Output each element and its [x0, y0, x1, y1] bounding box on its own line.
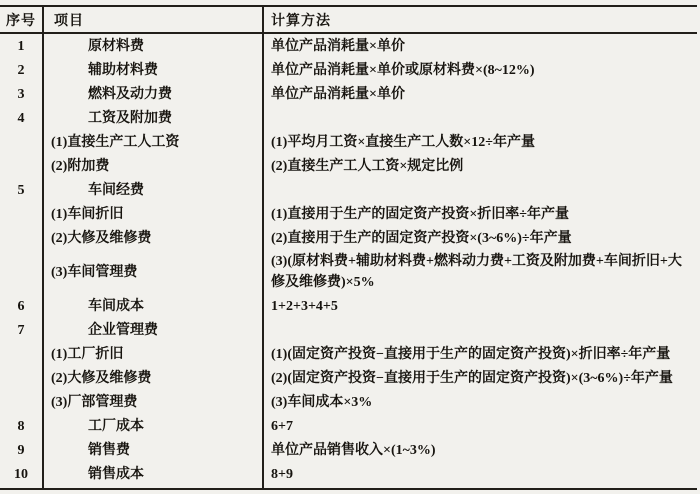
table-body: 1 原材料费 单位产品消耗量×单价 2 辅助材料费 单位产品消耗量×单价或原材料…: [0, 34, 697, 488]
row-method-formula: (1)平均月工资×直接生产工人数×12÷年产量: [262, 132, 697, 153]
row-item-label: 车间成本: [42, 296, 262, 317]
table-row: (2)大修及维修费 (2)直接用于生产的固定资产投资×(3~6%)÷年产量: [0, 228, 697, 249]
table-row: (2)大修及维修费 (2)(固定资产投资−直接用于生产的固定资产投资)×(3~6…: [0, 368, 697, 389]
table-row: 7 企业管理费: [0, 320, 697, 341]
row-item-label: (1)车间折旧: [42, 204, 262, 225]
row-item-label: 燃料及动力费: [42, 84, 262, 105]
row-index: 4: [0, 108, 42, 129]
row-item-label: (1)工厂折旧: [42, 344, 262, 365]
row-item-label: 销售费: [42, 440, 262, 461]
row-item-label: 企业管理费: [42, 320, 262, 341]
row-method-formula: (3)(原材料费+辅助材料费+燃料动力费+工资及附加费+车间折旧+大修及维修费)…: [262, 251, 697, 293]
row-item-label: (2)附加费: [42, 156, 262, 177]
row-method-formula: 6+7: [262, 416, 697, 437]
row-item-label: 原材料费: [42, 36, 262, 57]
row-index: 7: [0, 320, 42, 341]
table-header-row: 序号 项目 计算方法: [0, 7, 697, 34]
row-index: 3: [0, 84, 42, 105]
row-item-label: (3)厂部管理费: [42, 392, 262, 413]
row-index: 6: [0, 296, 42, 317]
table-row: (2)附加费 (2)直接生产工人工资×规定比例: [0, 156, 697, 177]
row-index: 10: [0, 464, 42, 485]
row-item-label: 辅助材料费: [42, 60, 262, 81]
table-row: (3)厂部管理费 (3)车间成本×3%: [0, 392, 697, 413]
table-row: 4 工资及附加费: [0, 108, 697, 129]
column-divider-item-method: [262, 7, 264, 488]
row-method-formula: (2)直接用于生产的固定资产投资×(3~6%)÷年产量: [262, 228, 697, 249]
table-row: (1)车间折旧 (1)直接用于生产的固定资产投资×折旧率÷年产量: [0, 204, 697, 225]
row-method-formula: 单位产品消耗量×单价: [262, 84, 697, 105]
header-item: 项目: [42, 10, 262, 30]
table-row: 8 工厂成本 6+7: [0, 416, 697, 437]
table-row: 10 销售成本 8+9: [0, 464, 697, 485]
row-method-formula: 8+9: [262, 464, 697, 485]
row-method-formula: (2)直接生产工人工资×规定比例: [262, 156, 697, 177]
row-method-formula: 单位产品销售收入×(1~3%): [262, 440, 697, 461]
column-divider-index-item: [42, 7, 44, 488]
row-index: 8: [0, 416, 42, 437]
row-item-label: (1)直接生产工人工资: [42, 132, 262, 153]
table-row: (1)工厂折旧 (1)(固定资产投资−直接用于生产的固定资产投资)×折旧率÷年产…: [0, 344, 697, 365]
row-item-label: (2)大修及维修费: [42, 368, 262, 389]
header-method: 计算方法: [262, 10, 697, 30]
row-method-formula: 单位产品消耗量×单价或原材料费×(8~12%): [262, 60, 697, 81]
table-row: 2 辅助材料费 单位产品消耗量×单价或原材料费×(8~12%): [0, 60, 697, 81]
table-row: 6 车间成本 1+2+3+4+5: [0, 296, 697, 317]
table-row: 5 车间经费: [0, 180, 697, 201]
row-item-label: (3)车间管理费: [42, 262, 262, 283]
row-method-formula: (1)(固定资产投资−直接用于生产的固定资产投资)×折旧率÷年产量: [262, 344, 697, 365]
row-index: 9: [0, 440, 42, 461]
row-index: 1: [0, 36, 42, 57]
table-row: 1 原材料费 单位产品消耗量×单价: [0, 36, 697, 57]
row-item-label: (2)大修及维修费: [42, 228, 262, 249]
table-row: (3)车间管理费 (3)(原材料费+辅助材料费+燃料动力费+工资及附加费+车间折…: [0, 251, 697, 293]
row-item-label: 工厂成本: [42, 416, 262, 437]
table-row: 3 燃料及动力费 单位产品消耗量×单价: [0, 84, 697, 105]
row-method-formula: 单位产品消耗量×单价: [262, 36, 697, 57]
row-index: 5: [0, 180, 42, 201]
row-method-formula: 1+2+3+4+5: [262, 296, 697, 317]
table-row: 9 销售费 单位产品销售收入×(1~3%): [0, 440, 697, 461]
header-index: 序号: [0, 10, 42, 30]
cost-calculation-table: 序号 项目 计算方法 1 原材料费 单位产品消耗量×单价 2 辅助材料费 单位产…: [0, 5, 697, 490]
row-item-label: 车间经费: [42, 180, 262, 201]
row-method-formula: (1)直接用于生产的固定资产投资×折旧率÷年产量: [262, 204, 697, 225]
row-item-label: 销售成本: [42, 464, 262, 485]
table-row: (1)直接生产工人工资 (1)平均月工资×直接生产工人数×12÷年产量: [0, 132, 697, 153]
scanned-document-page: 序号 项目 计算方法 1 原材料费 单位产品消耗量×单价 2 辅助材料费 单位产…: [0, 0, 700, 494]
row-index: 2: [0, 60, 42, 81]
row-method-formula: (2)(固定资产投资−直接用于生产的固定资产投资)×(3~6%)÷年产量: [262, 368, 697, 389]
row-method-formula: (3)车间成本×3%: [262, 392, 697, 413]
row-item-label: 工资及附加费: [42, 108, 262, 129]
